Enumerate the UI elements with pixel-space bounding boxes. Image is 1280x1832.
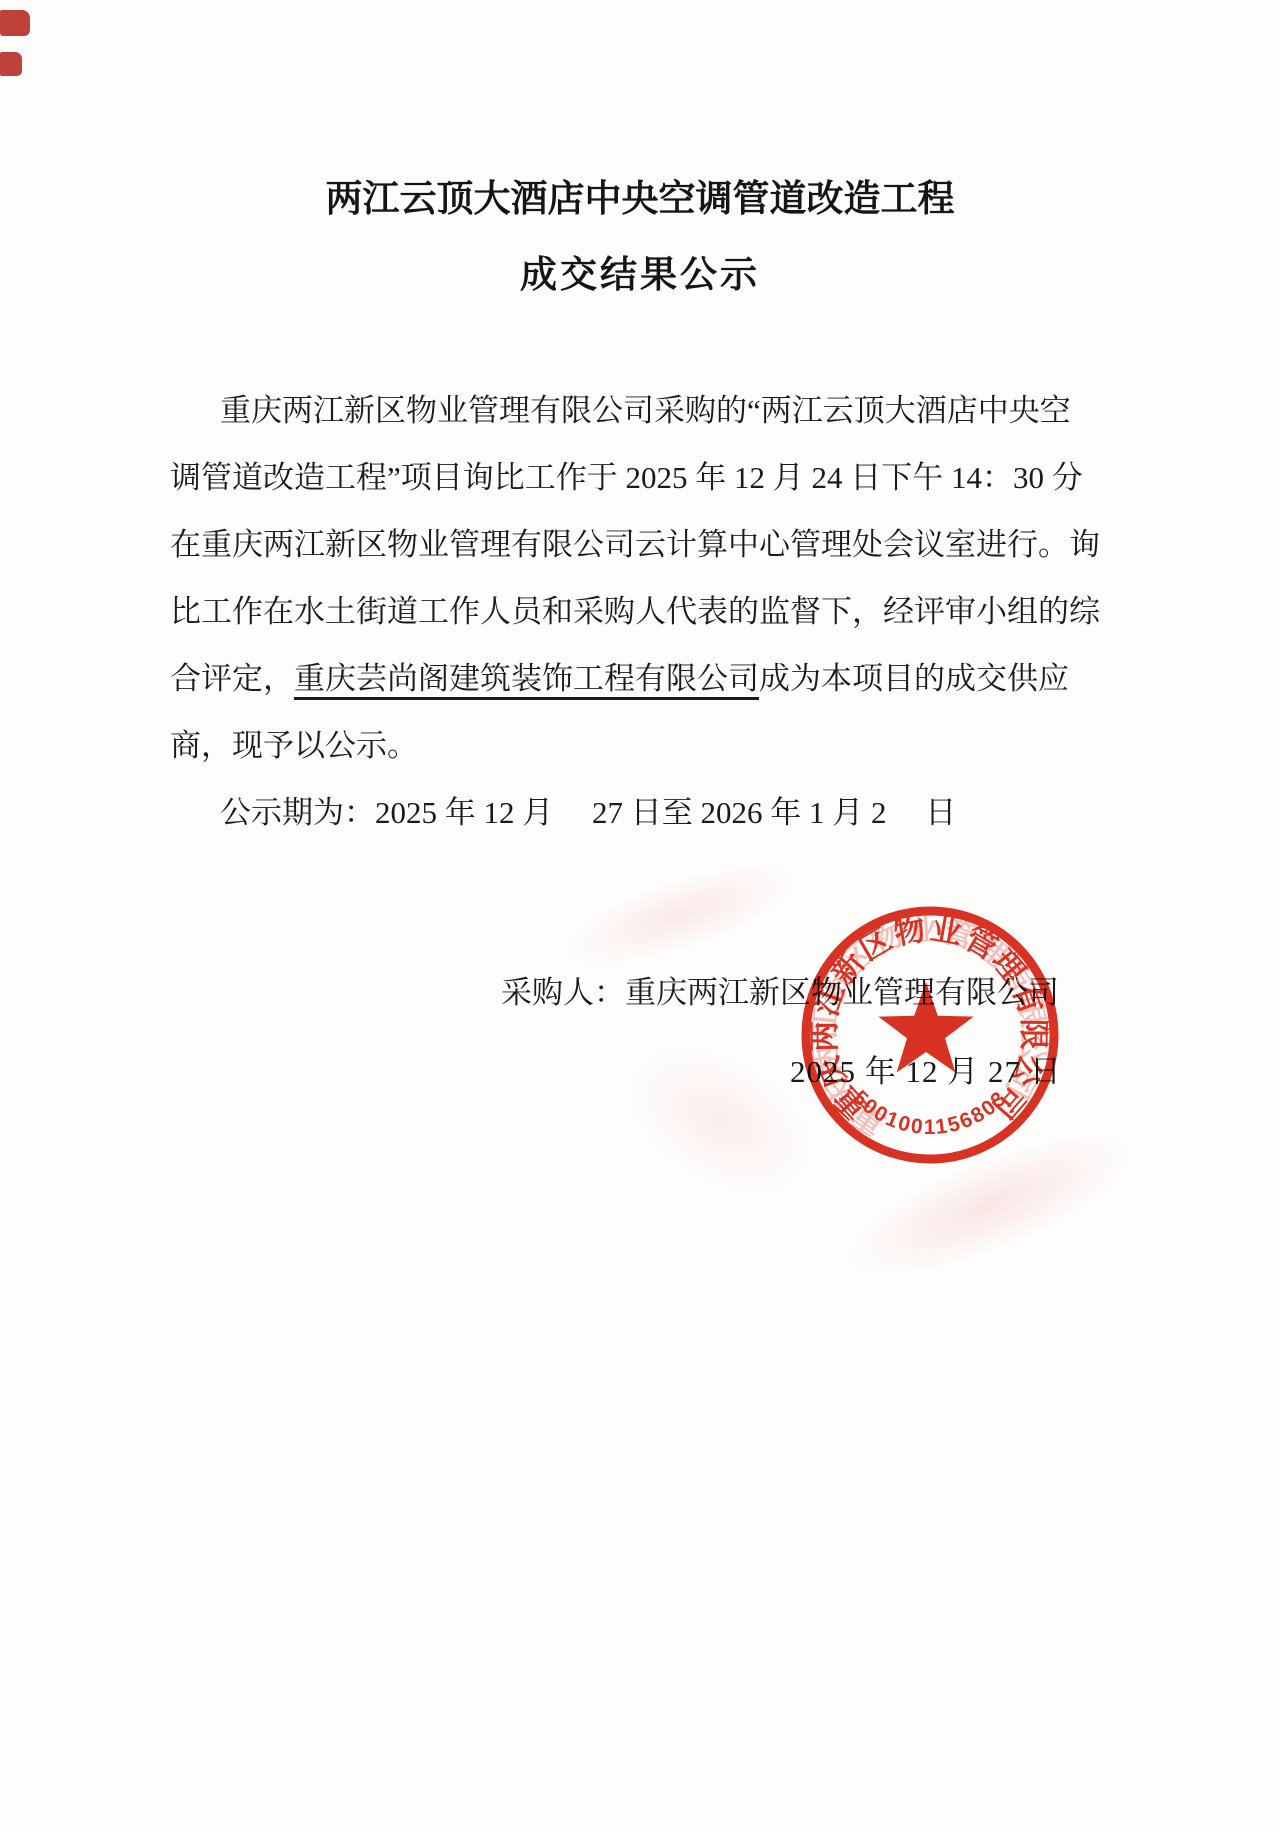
body-line-with-winner: 合评定，重庆芸尚阁建筑装饰工程有限公司成为本项目的成交供应 [170,645,965,712]
body-line: 比工作在水土街道工作人员和采购人代表的监督下，经评审小组的综 [170,578,965,645]
ink-smudge [555,845,805,986]
body-line: 商，现予以公示。 [170,712,965,779]
body-line: 调管道改造工程”项目询比工作于 2025 年 12 月 24 日下午 14：30… [170,444,965,511]
star-icon [878,982,973,1073]
document-title-line2: 成交结果公示 [0,244,1280,298]
body-line: 在重庆两江新区物业管理有限公司云计算中心管理处会议室进行。询 [170,511,965,578]
body-text: 合评定， [170,661,294,696]
document-title-line1: 两江云顶大酒店中央空调管道改造工程 [0,168,1280,222]
winning-supplier-name: 重庆芸尚阁建筑装饰工程有限公司 [294,661,759,700]
body-paragraph: 重庆两江新区物业管理有限公司采购的“两江云顶大酒店中央空 调管道改造工程”项目询… [170,377,965,846]
body-line: 重庆两江新区物业管理有限公司采购的“两江云顶大酒店中央空 [170,377,965,444]
official-seal-icon: 重庆两江新区物业管理有限公司 重庆两江新区物业管理有限公司 5001001156… [794,899,1066,1171]
seal-main-impression: 重庆两江新区物业管理有限公司 5001001156803 [806,911,1054,1159]
red-scan-mark-icon [0,10,30,36]
notice-period-line: 公示期为：2025 年 12 月 27 日至 2026 年 1 月 2 日 [170,779,965,846]
body-text: 成为本项目的成交供应 [759,661,1069,696]
red-scan-mark-icon [0,52,22,76]
announcement-document-page: { "title": { "line1": "两江云顶大酒店中央空调管道改造工程… [0,0,1280,1832]
